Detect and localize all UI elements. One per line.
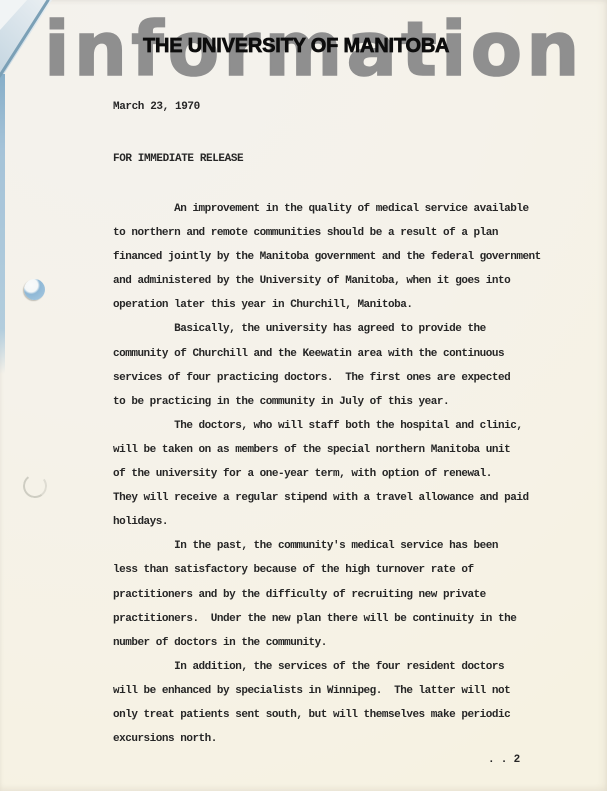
punch-hole-top: [24, 279, 45, 300]
paragraph-4: In the past, the community's medical ser…: [113, 534, 573, 654]
paragraph-3: The doctors, who will staff both the hos…: [113, 414, 573, 534]
paragraph-5: In addition, the services of the four re…: [113, 655, 573, 751]
date-line: March 23, 1970: [113, 100, 200, 114]
punch-hole-bottom: [21, 472, 48, 499]
paragraph-1: An improvement in the quality of medical…: [113, 197, 573, 317]
press-release-page: information THE UNIVERSITY OF MANITOBA M…: [0, 0, 607, 791]
left-edge-strip: [0, 74, 5, 374]
press-release-body: An improvement in the quality of medical…: [113, 197, 573, 751]
paragraph-2: Basically, the university has agreed to …: [113, 317, 573, 413]
release-notice: FOR IMMEDIATE RELEASE: [113, 152, 243, 166]
masthead-university-title: THE UNIVERSITY OF MANITOBA: [143, 36, 449, 56]
page-continuation-indicator: . . 2: [488, 752, 520, 768]
